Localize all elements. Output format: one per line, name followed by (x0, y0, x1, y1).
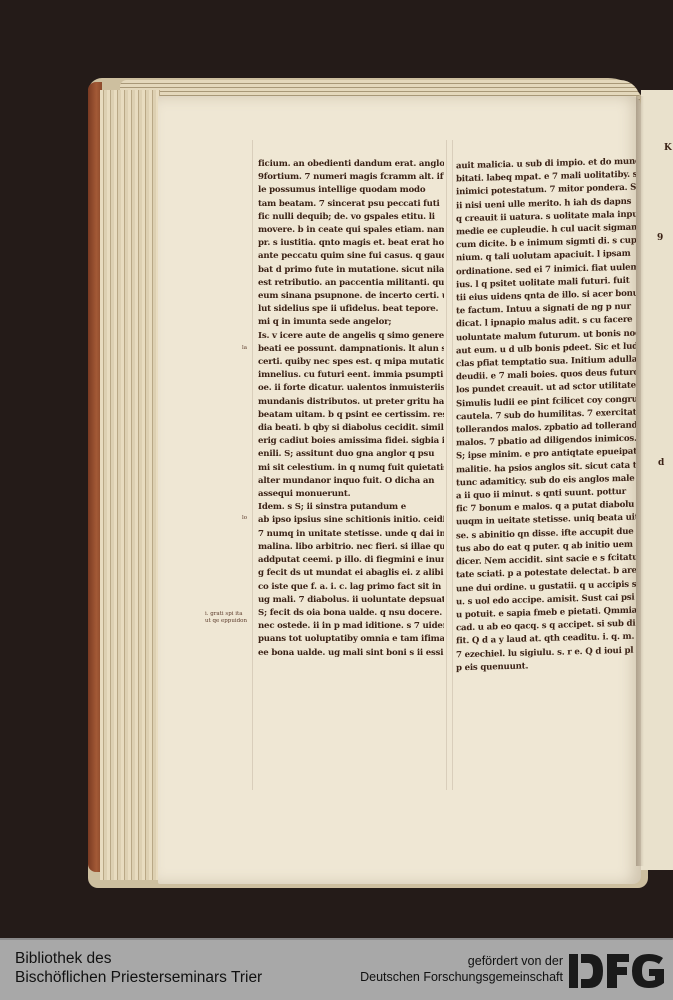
library-name-line2: Bischöflichen Priesterseminars Trier (15, 968, 262, 987)
manuscript-line: beati ee possunt. dampnationis. lt alun … (258, 343, 444, 356)
manuscript-line: ug mali. 7 diabolus. ii uoluntate depsua… (258, 594, 444, 607)
manuscript-line: certi. quiby nec spes est. q mipa mutati… (258, 356, 444, 369)
manuscript-line: bat d primo fute in mutatione. sicut nil… (258, 264, 444, 277)
page-stack-fore-edge (100, 90, 160, 880)
manuscript-line: mi q in imunta sede angelor; (258, 316, 444, 329)
annotation-line: ut qe eppuidon (205, 618, 247, 625)
manuscript-line: mi sit celestium. in q numq fuit quietat… (258, 462, 444, 475)
manuscript-line: assequi monuerunt. (258, 488, 444, 501)
manuscript-line: oe. ii forte dicatur. ualentos inmuister… (258, 382, 444, 395)
manuscript-line: ab ipso ipsius sine schitionis initio. c… (258, 514, 444, 527)
funding-line2: Deutschen Forschungsgemeinschaft (360, 969, 563, 985)
margin-mark: la (242, 345, 247, 352)
manuscript-line: alter mundanor inquo fuit. O dicha an (258, 475, 444, 488)
manuscript-line: eum sinana psupnone. de incerto certi. u… (258, 290, 444, 303)
manuscript-line: ficium. an obedienti dandum erat. anglos (258, 158, 444, 171)
manuscript-line: nec ostede. ii in p mad iditione. s 7 ui… (258, 620, 444, 633)
facing-page-mark: 9 (657, 233, 663, 243)
manuscript-scan: ficium. an obedienti dandum erat. anglos… (0, 0, 673, 938)
manuscript-line: lut sidelius spe ii ufidelus. beat tepor… (258, 303, 444, 316)
footer-bar: Bibliothek des Bischöflichen Priestersem… (0, 938, 673, 1000)
funding-line1: gefördert von der (360, 953, 563, 969)
manuscript-line: enili. S; assitunt duo gna anglor q psu (258, 448, 444, 461)
manuscript-line: malina. libo arbitrio. nec fieri. si ill… (258, 541, 444, 554)
manuscript-line: beatam uitam. b q psint ee certissim. re… (258, 409, 444, 422)
facing-page-mark: K (664, 143, 672, 153)
manuscript-line: fic nulli dequib; de. vo gspales etitu. … (258, 211, 444, 224)
manuscript-line: puans tot uoluptatiby omnia e tam ifima (258, 633, 444, 646)
manuscript-line: co iste que f. a. i. c. lag primo fact s… (258, 581, 444, 594)
manuscript-line: Idem. s S; ii sinstra putandum e (258, 501, 444, 514)
library-name-line1: Bibliothek des (15, 949, 262, 968)
page-gutter-shadow (636, 96, 644, 866)
manuscript-line: S; fecit ds oia bona ualde. q nsu docere… (258, 607, 444, 620)
margin-annotation: i. grati spi ita ut qe eppuidon (205, 611, 247, 625)
manuscript-line: ante peccatu quim sine fui casus. q gaud… (258, 250, 444, 263)
ruling-line (446, 140, 447, 790)
library-name: Bibliothek des Bischöflichen Priestersem… (15, 949, 262, 987)
manuscript-line: 9fortium. 7 numeri magis fcramm alt. ift… (258, 171, 444, 184)
manuscript-line: Is. v icere aute de angelis q simo gener… (258, 330, 444, 343)
manuscript-line: mundanis distributos. ut preter gritu ha… (258, 396, 444, 409)
manuscript-line: g fecit ds ut mundat ei abaglis ei. z al… (258, 567, 444, 580)
funding-notice: gefördert von der Deutschen Forschungsge… (360, 953, 563, 985)
margin-mark: lo (242, 515, 247, 522)
manuscript-line: ee bona ualde. ug mali sint boni s ii es… (258, 647, 444, 660)
facing-page-mark: d (658, 458, 664, 468)
text-column-left: ficium. an obedienti dandum erat. anglos… (258, 158, 444, 660)
ruling-line (252, 140, 253, 790)
manuscript-line: le possumus intellige quodam modo (258, 184, 444, 197)
manuscript-line: pr. s iustitia. qnto magis et. beat erat… (258, 237, 444, 250)
text-column-right: auit malicia. u sub di impio. et do mund… (456, 156, 636, 676)
manuscript-line: imnelius. cu futuri eent. immia psumpti (258, 369, 444, 382)
manuscript-line: movere. b in ceate qui spales etiam. nam (258, 224, 444, 237)
manuscript-line: erig cadiut boies amissima fidei. sigbia… (258, 435, 444, 448)
manuscript-line: est retributio. an paccentia militanti. … (258, 277, 444, 290)
facing-page (641, 90, 673, 870)
manuscript-line: addputat ceemi. p illo. di fiegmini e in… (258, 554, 444, 567)
manuscript-line: tam beatam. 7 sincerat psu peccati futi (258, 198, 444, 211)
manuscript-line: 7 numq in unitate stetisse. unde q dai i… (258, 528, 444, 541)
annotation-line: i. grati spi ita (205, 611, 247, 618)
manuscript-line: dia beati. b qby si diabolus cecidit. si… (258, 422, 444, 435)
dfg-logo-icon (569, 954, 665, 988)
ruling-line (452, 140, 453, 790)
